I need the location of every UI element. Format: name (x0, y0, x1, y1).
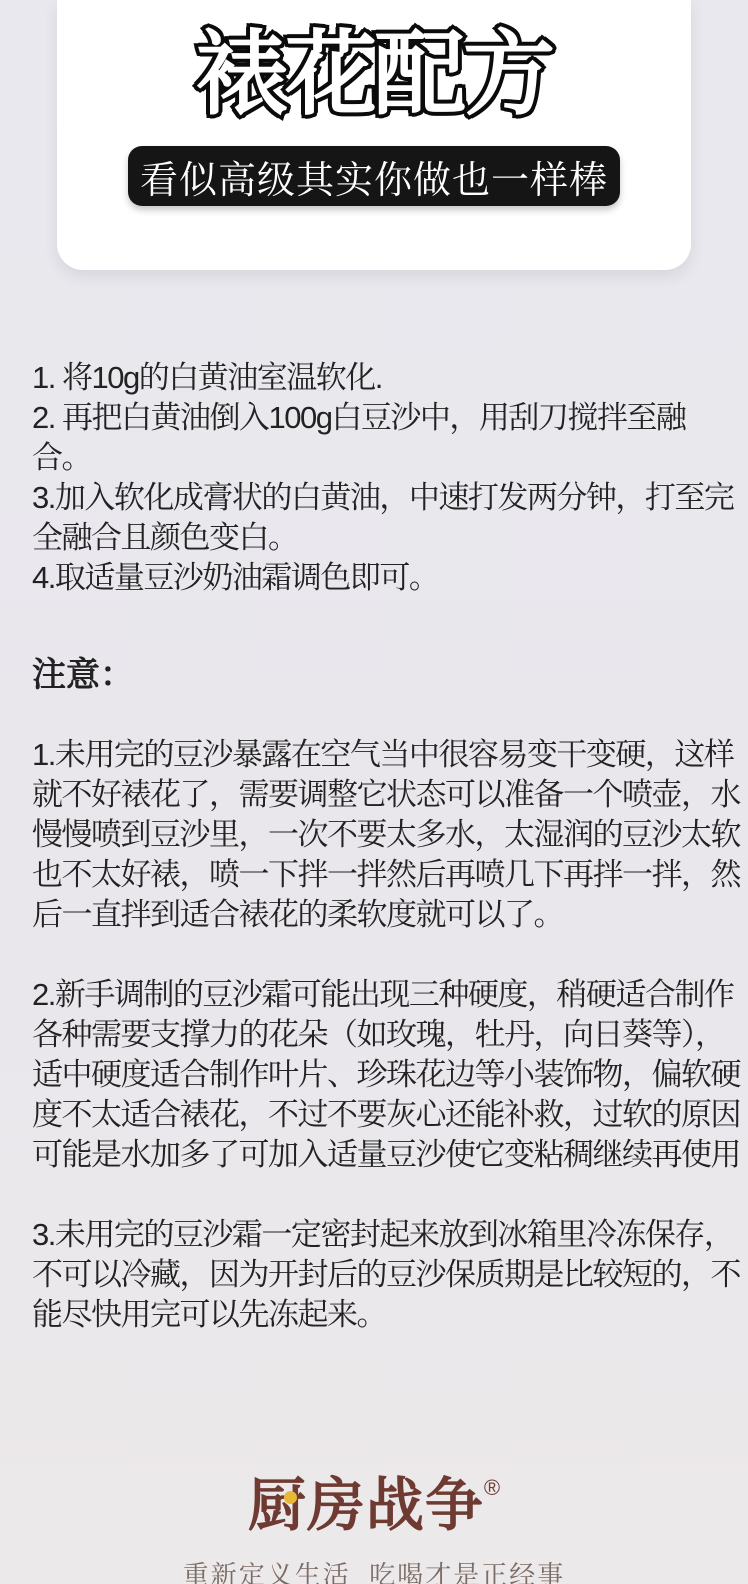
steps-list: 1. 将10g的白黄油室温软化. 2. 再把白黄油倒入100g白豆沙中，用刮刀搅… (32, 358, 742, 598)
header-card: 裱花配方 看似高级其实你做也一样棒 (57, 0, 691, 270)
step-item: 3.加入软化成膏状的白黄油，中速打发两分钟，打至完全融合且颜色变白。 (32, 478, 742, 558)
brand-tagline: 重新定义生活 吃喝才是正经事 (0, 1555, 748, 1584)
slogan-banner-label: 看似高级其实你做也一样棒 (140, 149, 608, 204)
brand-dot-icon (284, 1491, 297, 1504)
note-paragraph: 2.新手调制的豆沙霜可能出现三种硬度，稍硬适合制作各种需要支撑力的花朵（如玫瑰，… (32, 975, 742, 1175)
step-item: 1. 将10g的白黄油室温软化. (32, 358, 742, 398)
note-paragraph: 3.未用完的豆沙霜一定密封起来放到冰箱里冷冻保存，不可以冷藏，因为开封后的豆沙保… (32, 1215, 742, 1335)
note-paragraph: 1.未用完的豆沙暴露在空气当中很容易变干变硬，这样就不好裱花了，需要调整它状态可… (32, 735, 742, 935)
brand-logo: 厨房战争® (248, 1453, 500, 1541)
step-item: 4.取适量豆沙奶油霜调色即可。 (32, 558, 742, 598)
recipe-poster: 裱花配方 看似高级其实你做也一样棒 1. 将10g的白黄油室温软化. 2. 再把… (0, 0, 748, 1584)
registered-trademark-icon: ® (484, 1475, 500, 1500)
page-title: 裱花配方 (57, 0, 691, 124)
notice-list: 1.未用完的豆沙暴露在空气当中很容易变干变硬，这样就不好裱花了，需要调整它状态可… (32, 735, 742, 1335)
slogan-banner: 看似高级其实你做也一样棒 (128, 146, 620, 206)
recipe-content: 1. 将10g的白黄油室温软化. 2. 再把白黄油倒入100g白豆沙中，用刮刀搅… (0, 358, 748, 1335)
step-item: 2. 再把白黄油倒入100g白豆沙中，用刮刀搅拌至融合。 (32, 398, 742, 478)
brand-name: 厨房战争 (248, 1473, 484, 1538)
notice-heading: 注意： (32, 655, 742, 695)
brand-footer: 厨房战争® 重新定义生活 吃喝才是正经事 (0, 1453, 748, 1584)
